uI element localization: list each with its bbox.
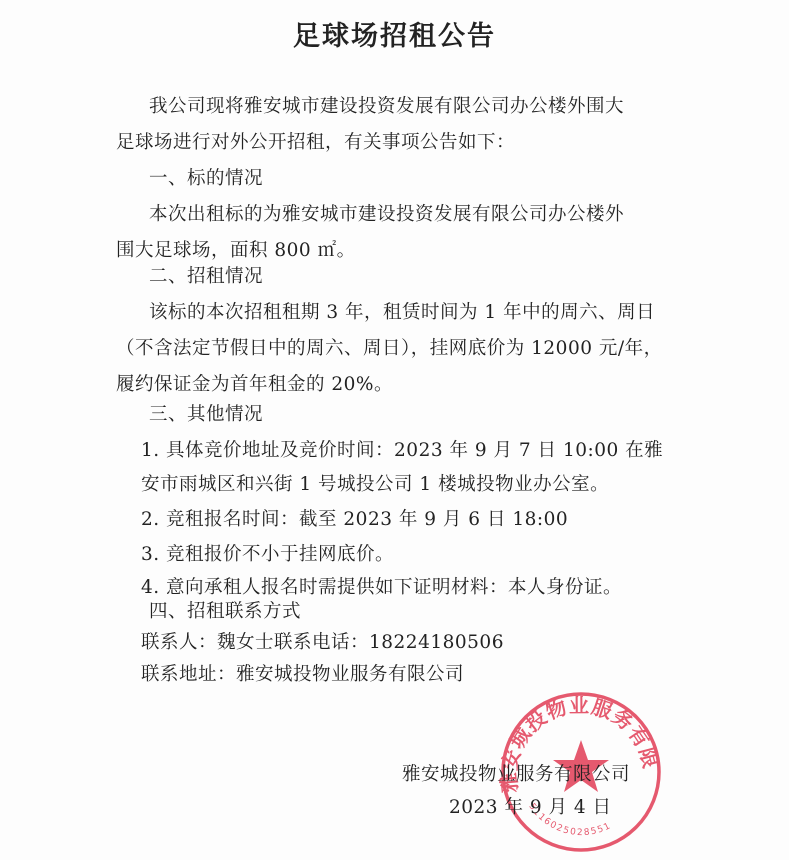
section-heading-1: 一、标的情况	[149, 164, 263, 190]
section-heading-3: 三、其他情况	[149, 400, 263, 426]
section-3-line-4: 3. 竞租报价不小于挂网底价。	[141, 540, 394, 566]
section-2-line-1: 该标的本次招租租期 3 年，租赁时间为 1 年中的周六、周日	[149, 298, 655, 324]
contact-address-line: 联系地址：雅安城投物业服务有限公司	[141, 660, 464, 686]
section-heading-2: 二、招租情况	[149, 262, 263, 288]
section-1-line-1: 本次出租标的为雅安城市建设投资发展有限公司办公楼外	[149, 200, 624, 226]
signature-date: 2023 年 9 月 4 日	[449, 793, 612, 819]
section-2-line-2: （不含法定节假日中的周六、周日），挂网底价为 12000 元/年，	[116, 334, 663, 360]
signature-company: 雅安城投物业服务有限公司	[402, 760, 630, 786]
section-3-line-2: 安市雨城区和兴街 1 号城投公司 1 楼城投物业办公室。	[141, 470, 609, 496]
section-2-line-3: 履约保证金为首年租金的 20%。	[116, 370, 393, 396]
contact-person-line: 联系人：魏女士联系电话：18224180506	[141, 628, 504, 654]
section-3-line-3: 2. 竞租报名时间：截至 2023 年 9 月 6 日 18:00	[141, 505, 568, 531]
section-1-line-2: 围大足球场，面积 800 ㎡。	[116, 236, 356, 262]
intro-line-1: 我公司现将雅安城市建设投资发展有限公司办公楼外围大	[149, 92, 624, 118]
section-3-line-5: 4. 意向承租人报名时需提供如下证明材料：本人身份证。	[141, 573, 622, 599]
intro-line-2: 足球场进行对外公开招租，有关事项公告如下：	[116, 128, 515, 154]
section-heading-4: 四、招租联系方式	[149, 597, 301, 623]
section-3-line-1: 1. 具体竞价地址及竞价时间：2023 年 9 月 7 日 10:00 在雅	[141, 436, 663, 462]
announcement-title: 足球场招租公告	[0, 14, 789, 53]
